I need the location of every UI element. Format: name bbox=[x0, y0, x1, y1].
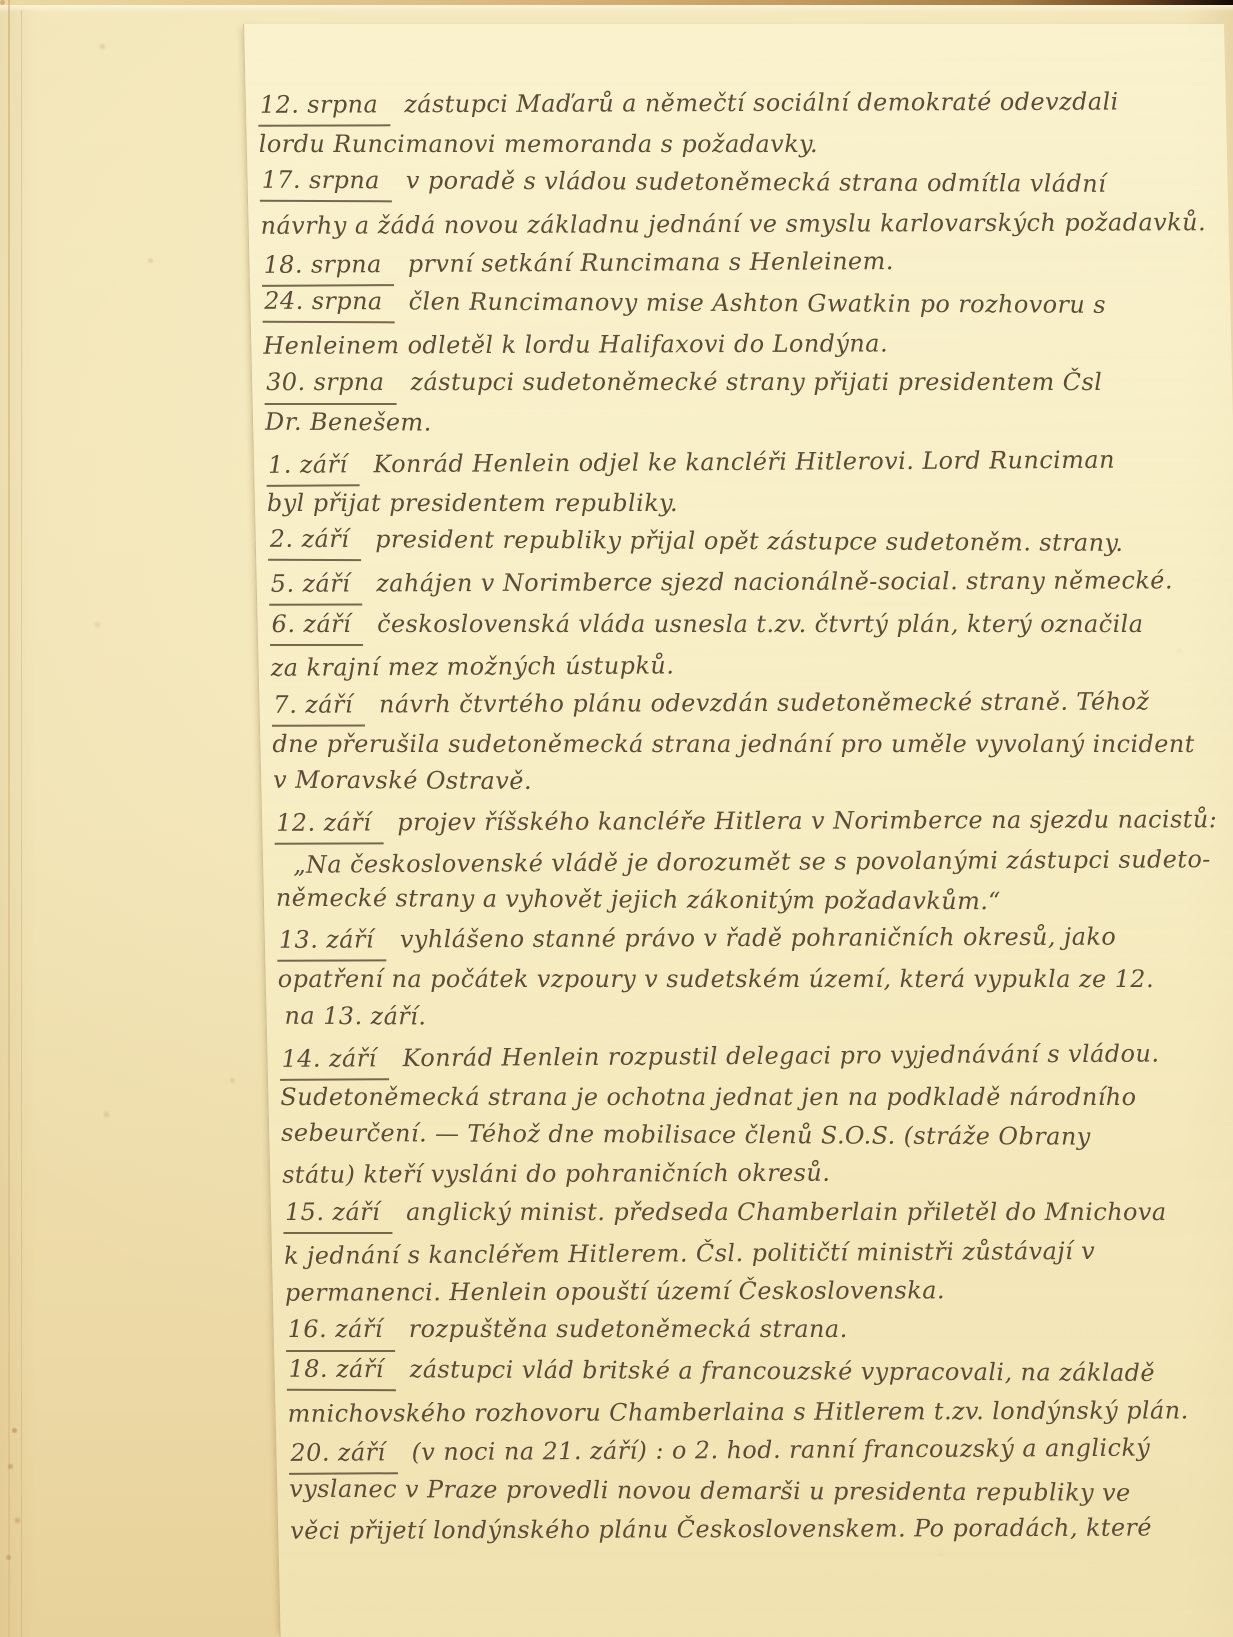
entry-date: 17. srpna bbox=[259, 161, 392, 203]
manuscript-line: vyslanec v Praze provedli novou demarši … bbox=[289, 1470, 1232, 1513]
manuscript-page: 12. srpnazástupci Maďarů a němečtí sociá… bbox=[243, 24, 1233, 1637]
manuscript-line: 20. září(v noci na 21. září) : o 2. hod.… bbox=[288, 1428, 1231, 1475]
manuscript-line: 2. zářípresident republiky přijal opět z… bbox=[267, 520, 1210, 566]
entry-text: sebeurčení. — Téhož dne mobilisace členů… bbox=[281, 1119, 1091, 1151]
entry-text: vyhlášeno stanné právo v řadě pohraniční… bbox=[400, 923, 1117, 954]
entry-text: za krajní mez možných ústupků. bbox=[270, 651, 674, 681]
manuscript-line: dne přerušila sudetoněmecká strana jedná… bbox=[272, 725, 1215, 763]
entry-date: 15. září bbox=[283, 1193, 393, 1234]
entry-date: 20. září bbox=[288, 1433, 398, 1475]
manuscript-line: 1. záříKonrád Henlein odjel ke kancléři … bbox=[265, 440, 1208, 487]
manuscript-line: Sudetoněmecká strana je ochotna jednat j… bbox=[280, 1078, 1223, 1116]
manuscript-line: permanenci. Henlein opouští území Českos… bbox=[284, 1270, 1227, 1312]
entry-text: zahájen v Norimberce sjezd nacionálně-so… bbox=[376, 567, 1173, 598]
manuscript-line: za krajní mez možných ústupků. bbox=[270, 643, 1213, 687]
entry-text: dne přerušila sudetoněmecká strana jedná… bbox=[272, 730, 1195, 758]
entry-text: věci přijetí londýnského plánu Českoslov… bbox=[290, 1514, 1152, 1545]
manuscript-line: 14. záříKonrád Henlein rozpustil delegac… bbox=[279, 1034, 1222, 1081]
manuscript-line: 30. srpnazástupci sudetoněmecké strany p… bbox=[264, 363, 1207, 404]
entry-text: opatření na počátek vzpoury v sudetském … bbox=[277, 965, 1154, 993]
manuscript-line: Henleinem odletěl k lordu Halifaxovi do … bbox=[263, 323, 1206, 365]
manuscript-line: návrhy a žádá novou základnu jednání ve … bbox=[260, 203, 1203, 245]
entry-text: zástupci sudetoněmecké strany přijati pr… bbox=[410, 368, 1102, 396]
entry-date: 14. září bbox=[279, 1039, 389, 1081]
entry-text: na 13. září. bbox=[284, 1001, 426, 1030]
manuscript-line: německé strany a vyhovět jejich zákonitý… bbox=[275, 879, 1218, 922]
foxing-spots bbox=[0, 0, 5, 5]
entry-text: „Na československé vládě je dorozumět se… bbox=[293, 845, 1211, 879]
manuscript-line: 18. zářízástupci vlád britské a francouz… bbox=[286, 1349, 1229, 1395]
manuscript-line: mnichovského rozhovoru Chamberlaina s Hi… bbox=[287, 1391, 1230, 1433]
manuscript-lines: 12. srpnazástupci Maďarů a němečtí sociá… bbox=[257, 84, 1232, 1549]
album-left-edge-inner bbox=[21, 10, 22, 1637]
entry-text: (v noci na 21. září) : o 2. hod. ranní f… bbox=[411, 1434, 1151, 1467]
entry-text: zástupci vlád britské a francouzské vypr… bbox=[409, 1355, 1155, 1387]
album-left-edge bbox=[8, 0, 10, 1637]
entry-text: byl přijat presidentem republiky. bbox=[267, 489, 679, 517]
entry-date: 12. září bbox=[274, 803, 384, 845]
manuscript-line: byl přijat presidentem republiky. bbox=[266, 484, 1209, 522]
entry-text: Sudetoněmecká strana je ochotna jednat j… bbox=[280, 1083, 1137, 1111]
entry-text: první setkání Runcimana s Henleinem. bbox=[407, 247, 894, 278]
entry-text: mnichovského rozhovoru Chamberlaina s Hi… bbox=[287, 1396, 1189, 1427]
entry-text: Konrád Henlein rozpustil delegaci pro vy… bbox=[402, 1039, 1159, 1072]
entry-text: vyslanec v Praze provedli novou demarši … bbox=[289, 1475, 1131, 1507]
manuscript-line: sebeurčení. — Téhož dne mobilisace členů… bbox=[281, 1114, 1224, 1157]
entry-text: permanenci. Henlein opouští území Českos… bbox=[284, 1276, 945, 1307]
manuscript-line: 12. srpnazástupci Maďarů a němečtí sociá… bbox=[257, 82, 1200, 127]
manuscript-line: 17. srpnav poradě s vládou sudetoněmecká… bbox=[259, 161, 1202, 207]
entry-date: 16. září bbox=[285, 1310, 395, 1351]
manuscript-line: lordu Runcimanovi memoranda s požadavky. bbox=[258, 125, 1201, 163]
entry-date: 6. září bbox=[269, 605, 363, 646]
manuscript-line: 15. záříanglický minist. předseda Chambe… bbox=[283, 1193, 1226, 1234]
manuscript-line: 5. zářízahájen v Norimberce sjezd nacion… bbox=[268, 562, 1211, 607]
entry-date: 30. srpna bbox=[264, 363, 397, 404]
entry-text: Henleinem odletěl k lordu Halifaxovi do … bbox=[263, 330, 888, 360]
entry-text: návrhy a žádá novou základnu jednání ve … bbox=[260, 208, 1206, 240]
manuscript-line: Dr. Benešem. bbox=[265, 402, 1208, 445]
entry-date: 24. srpna bbox=[262, 282, 395, 324]
entry-text: člen Runcimanovy mise Ashton Gwatkin po … bbox=[408, 287, 1106, 318]
entry-date: 18. září bbox=[286, 1349, 396, 1391]
entry-text: Konrád Henlein odjel ke kancléři Hitlero… bbox=[373, 446, 1115, 479]
manuscript-line: 6. záříčeskoslovenská vláda usnesla t.zv… bbox=[269, 605, 1212, 646]
entry-date: 1. září bbox=[265, 445, 360, 487]
manuscript-line: v Moravské Ostravě. bbox=[273, 761, 1216, 804]
manuscript-line: státu) kteří vysláni do pohraničních okr… bbox=[282, 1153, 1225, 1195]
entry-text: lordu Runcimanovi memoranda s požadavky. bbox=[258, 130, 818, 158]
entry-text: k jednání s kancléřem Hitlerem. Čsl. pol… bbox=[284, 1237, 1096, 1270]
entry-text: německé strany a vyhovět jejich zákonitý… bbox=[276, 884, 1002, 916]
entry-text: československá vláda usnesla t.zv. čtvrt… bbox=[377, 610, 1144, 638]
entry-text: anglický minist. předseda Chamberlain př… bbox=[406, 1198, 1167, 1226]
manuscript-line: opatření na počátek vzpoury v sudetském … bbox=[277, 960, 1220, 998]
entry-text: rozpuštěna sudetoněmecká strana. bbox=[408, 1315, 847, 1343]
entry-text: návrh čtvrtého plánu odevzdán sudetoněme… bbox=[379, 687, 1150, 718]
album-top-highlight bbox=[0, 5, 1233, 12]
entry-date: 7. září bbox=[271, 685, 366, 727]
manuscript-line: 7. zářínávrh čtvrtého plánu odevzdán sud… bbox=[271, 682, 1214, 727]
entry-text: v poradě s vládou sudetoněmecká strana o… bbox=[406, 167, 1107, 198]
manuscript-line: „Na československé vládě je dorozumět se… bbox=[275, 840, 1218, 884]
entry-date: 12. srpna bbox=[257, 85, 390, 127]
entry-text: v Moravské Ostravě. bbox=[273, 766, 532, 795]
entry-text: státu) kteří vysláni do pohraničních okr… bbox=[282, 1159, 831, 1189]
scanned-manuscript: { "colors": { "ink": "#5c4b38", "album_p… bbox=[0, 0, 1233, 1637]
manuscript-line: 13. zářívyhlášeno stanné právo v řadě po… bbox=[276, 917, 1219, 962]
manuscript-line: 24. srpnačlen Runcimanovy mise Ashton Gw… bbox=[262, 282, 1205, 328]
entry-text: zástupci Maďarů a němečtí sociální demok… bbox=[404, 88, 1119, 119]
entry-date: 18. srpna bbox=[261, 245, 394, 287]
manuscript-line: 16. zářírozpuštěna sudetoněmecká strana. bbox=[285, 1310, 1228, 1351]
entry-text: president republiky přijal opět zástupce… bbox=[375, 525, 1124, 557]
manuscript-line: na 13. září. bbox=[278, 996, 1221, 1039]
manuscript-line: 18. srpnaprvní setkání Runcimana s Henle… bbox=[261, 240, 1204, 287]
entry-text: projev říšského kancléře Hitlera v Norim… bbox=[397, 805, 1218, 836]
manuscript-line: 12. záříprojev říšského kancléře Hitlera… bbox=[274, 800, 1217, 845]
entry-text: Dr. Benešem. bbox=[265, 407, 432, 436]
entry-date: 2. září bbox=[267, 520, 361, 562]
entry-date: 5. září bbox=[268, 565, 363, 607]
manuscript-line: věci přijetí londýnského plánu Českoslov… bbox=[290, 1509, 1233, 1551]
entry-date: 13. září bbox=[276, 921, 386, 963]
manuscript-line: k jednání s kancléřem Hitlerem. Čsl. pol… bbox=[283, 1231, 1226, 1275]
